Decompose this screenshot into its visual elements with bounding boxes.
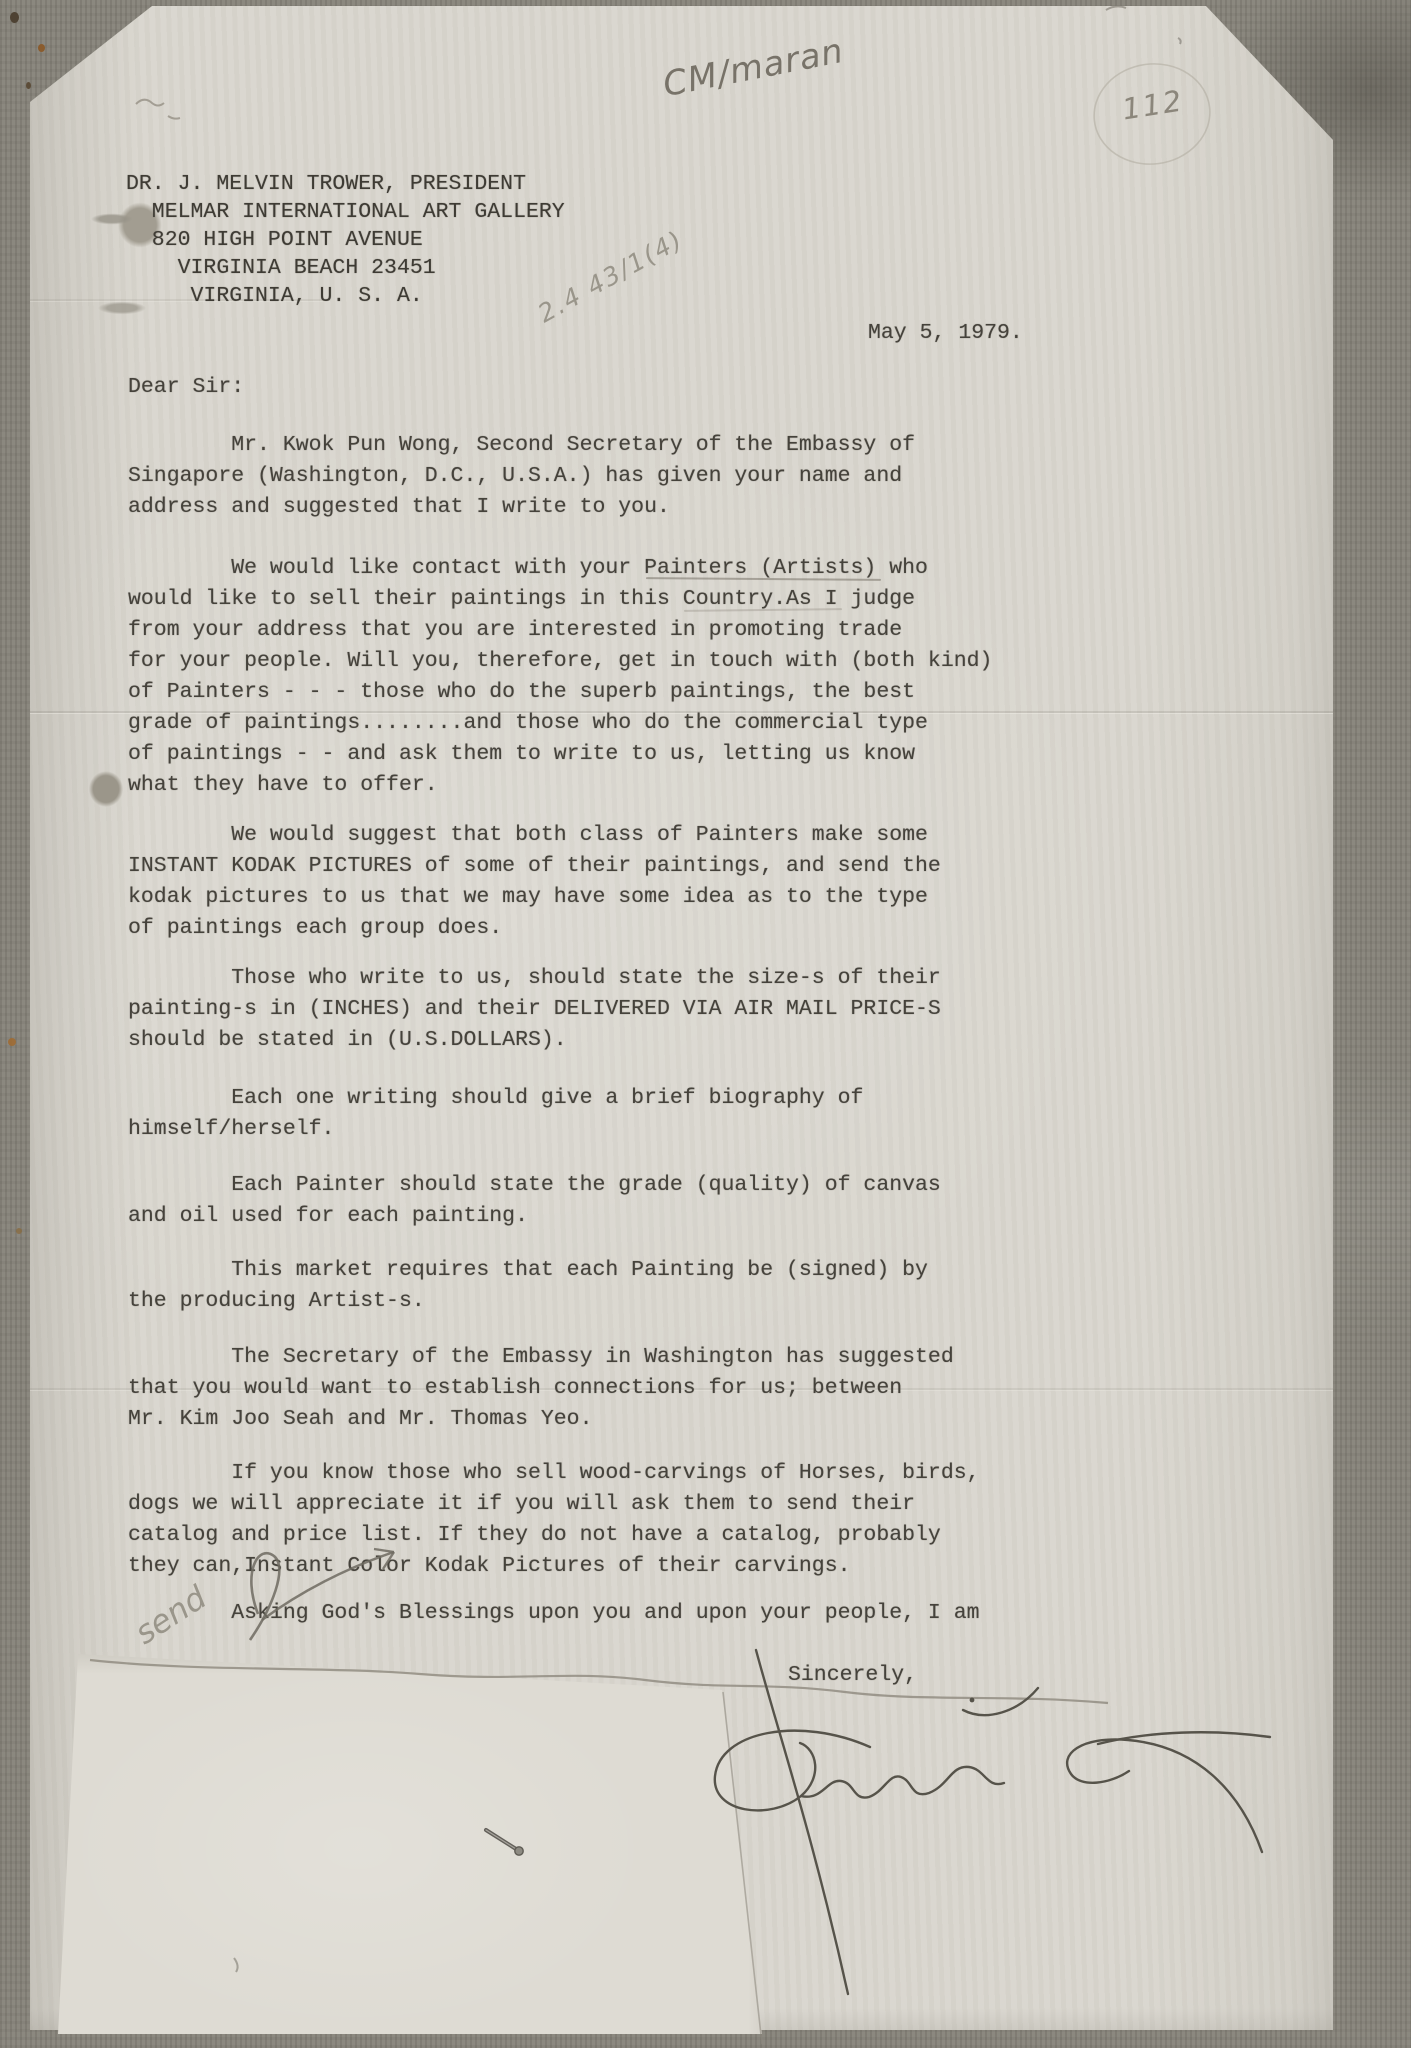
paragraph-7: This market requires that each Painting … xyxy=(128,1255,928,1317)
paragraph-8: The Secretary of the Embassy in Washingt… xyxy=(128,1342,954,1435)
paper-speck xyxy=(10,12,19,23)
paragraph-1: Mr. Kwok Pun Wong, Second Secretary of t… xyxy=(128,430,915,523)
paragraph-5: Each one writing should give a brief bio… xyxy=(128,1083,863,1145)
salutation: Dear Sir: xyxy=(128,372,244,403)
paragraph-2: We would like contact with your Painters… xyxy=(128,553,992,801)
paragraph-6: Each Painter should state the grade (qua… xyxy=(128,1170,941,1232)
overlapping-blank-sheet xyxy=(58,1648,778,2048)
paragraph-9: If you know those who sell wood-carvings… xyxy=(128,1458,980,1582)
paragraph-10: Asking God's Blessings upon you and upon… xyxy=(128,1598,980,1629)
paragraph-4: Those who write to us, should state the … xyxy=(128,963,941,1056)
paper-speck xyxy=(26,82,31,89)
ink-stain xyxy=(84,766,128,812)
date-line: May 5, 1979. xyxy=(868,318,1023,349)
scanned-letter-document: { "document": { "letterhead": "DR. J. ME… xyxy=(0,0,1411,2048)
paper-speck xyxy=(38,44,45,52)
closing: Sincerely, xyxy=(788,1660,917,1691)
paragraph-3: We would suggest that both class of Pain… xyxy=(128,820,941,944)
paper-speck xyxy=(8,1038,16,1046)
paper-speck xyxy=(16,1228,22,1234)
letterhead: DR. J. MELVIN TROWER, PRESIDENT MELMAR I… xyxy=(126,170,565,310)
